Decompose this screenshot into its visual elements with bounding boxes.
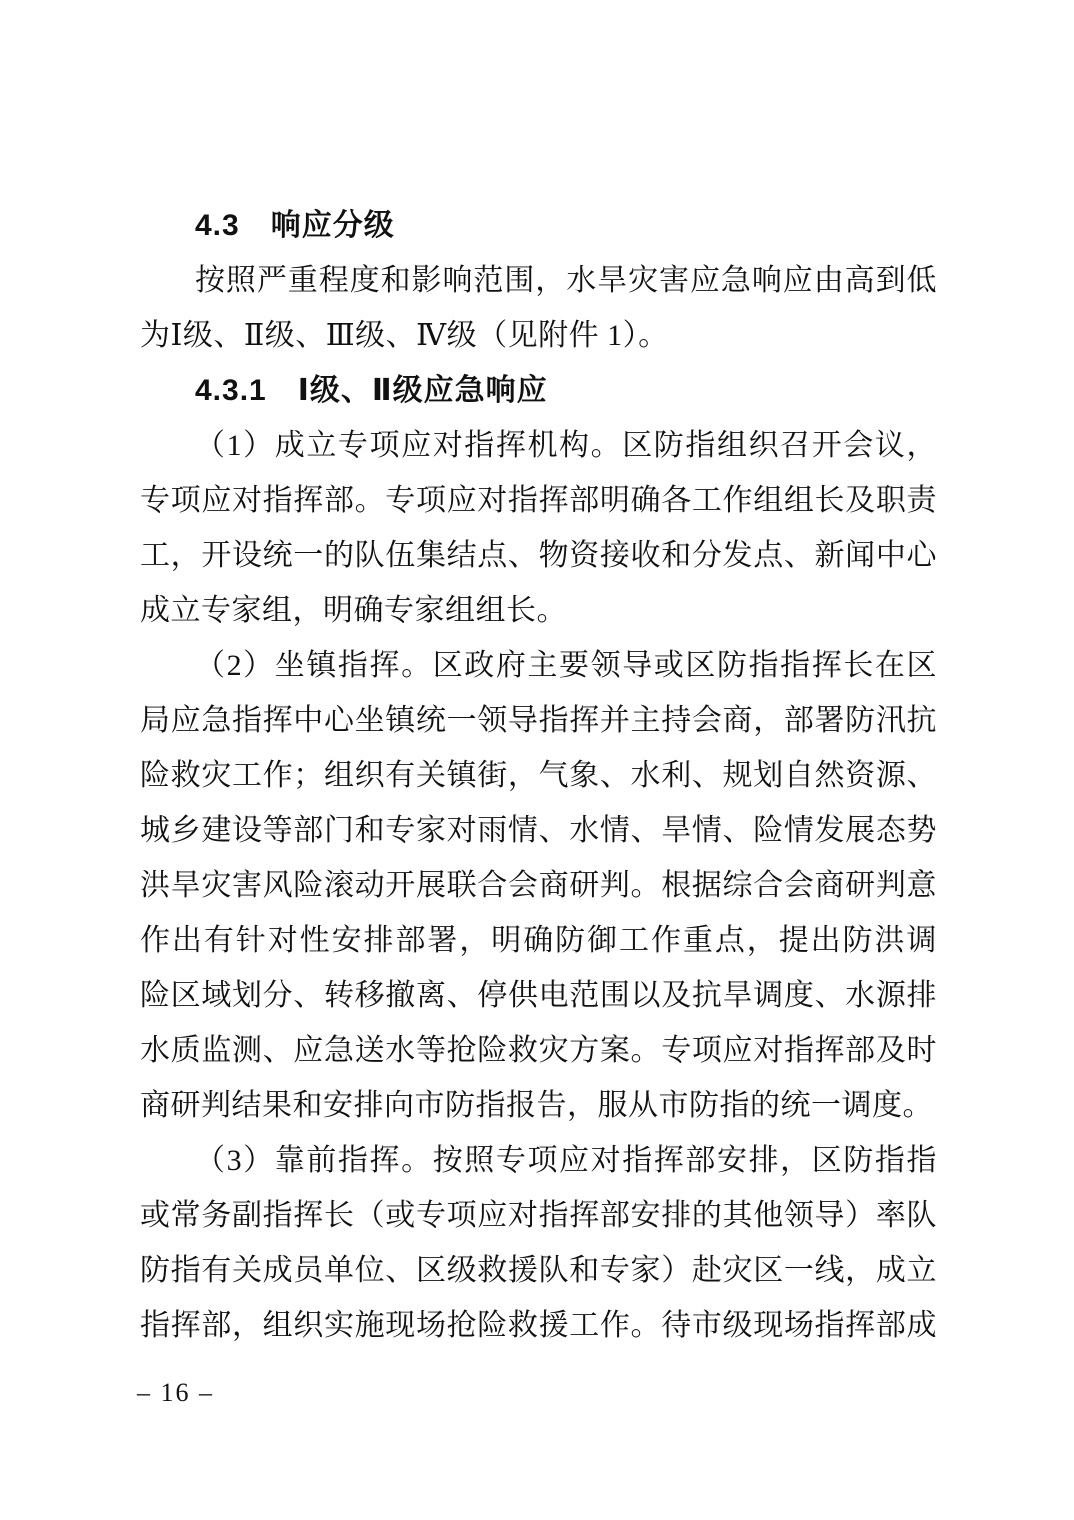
paragraph-line: 险区域划分、转移撤离、停供电范围以及抗旱调度、水源排查、 — [140, 968, 937, 1023]
paragraph-line: 专项应对指挥部。专项应对指挥部明确各工作组组长及职责分 — [140, 473, 937, 528]
paragraph-line: 局应急指挥中心坐镇统一领导指挥并主持会商，部署防汛抗旱抢 — [140, 693, 937, 748]
page-number: – 16 – — [137, 1378, 214, 1408]
paragraph-line: 或常务副指挥长（或专项应对指挥部安排的其他领导）率队（区 — [140, 1188, 937, 1243]
paragraph-line: 按照严重程度和影响范围，水旱灾害应急响应由高到低分 — [140, 253, 937, 308]
heading-line: 4.3.1 Ⅰ级、Ⅱ级应急响应 — [140, 363, 937, 418]
section-heading: 4.3 响应分级 — [140, 198, 937, 253]
paragraph-line: 成立专家组，明确专家组组长。 — [140, 583, 937, 638]
paragraph: （3）靠前指挥。按照专项应对指挥部安排，区防指指挥长或常务副指挥长（或专项应对指… — [140, 1133, 937, 1353]
paragraph-line: 洪旱灾害风险滚动开展联合会商研判。根据综合会商研判意见， — [140, 858, 937, 913]
paragraph-line: （1）成立专项应对指挥机构。区防指组织召开会议，成立 — [140, 418, 937, 473]
paragraph-line: 防指有关成员单位、区级救援队和专家）赴灾区一线，成立现场 — [140, 1243, 937, 1298]
paragraph-line: （3）靠前指挥。按照专项应对指挥部安排，区防指指挥长 — [140, 1133, 937, 1188]
paragraph-line: 水质监测、应急送水等抢险救灾方案。专项应对指挥部及时将会 — [140, 1023, 937, 1078]
paragraph-line: 城乡建设等部门和专家对雨情、水情、旱情、险情发展态势以及 — [140, 803, 937, 858]
paragraph-line: 作出有针对性安排部署，明确防御工作重点，提出防洪调度、危 — [140, 913, 937, 968]
paragraph-line: 险救灾工作；组织有关镇街，气象、水利、规划自然资源、住房 — [140, 748, 937, 803]
paragraph: （2）坐镇指挥。区政府主要领导或区防指指挥长在区应急局应急指挥中心坐镇统一领导指… — [140, 638, 937, 1133]
paragraph-line: 指挥部，组织实施现场抢险救援工作。待市级现场指挥部成立后 — [140, 1298, 937, 1353]
paragraph-line: （2）坐镇指挥。区政府主要领导或区防指指挥长在区应急 — [140, 638, 937, 693]
paragraph-line: 工，开设统一的队伍集结点、物资接收和分发点、新闻中心等； — [140, 528, 937, 583]
paragraph-line: 为Ⅰ级、Ⅱ级、Ⅲ级、Ⅳ级（见附件 1）。 — [140, 308, 937, 363]
document-page: 4.3 响应分级按照严重程度和影响范围，水旱灾害应急响应由高到低分为Ⅰ级、Ⅱ级、… — [0, 0, 1074, 1520]
paragraph: （1）成立专项应对指挥机构。区防指组织召开会议，成立专项应对指挥部。专项应对指挥… — [140, 418, 937, 638]
section-heading: 4.3.1 Ⅰ级、Ⅱ级应急响应 — [140, 363, 937, 418]
paragraph-line: 商研判结果和安排向市防指报告，服从市防指的统一调度。 — [140, 1078, 937, 1133]
heading-line: 4.3 响应分级 — [140, 198, 937, 253]
document-content: 4.3 响应分级按照严重程度和影响范围，水旱灾害应急响应由高到低分为Ⅰ级、Ⅱ级、… — [140, 198, 937, 1353]
paragraph: 按照严重程度和影响范围，水旱灾害应急响应由高到低分为Ⅰ级、Ⅱ级、Ⅲ级、Ⅳ级（见附… — [140, 253, 937, 363]
